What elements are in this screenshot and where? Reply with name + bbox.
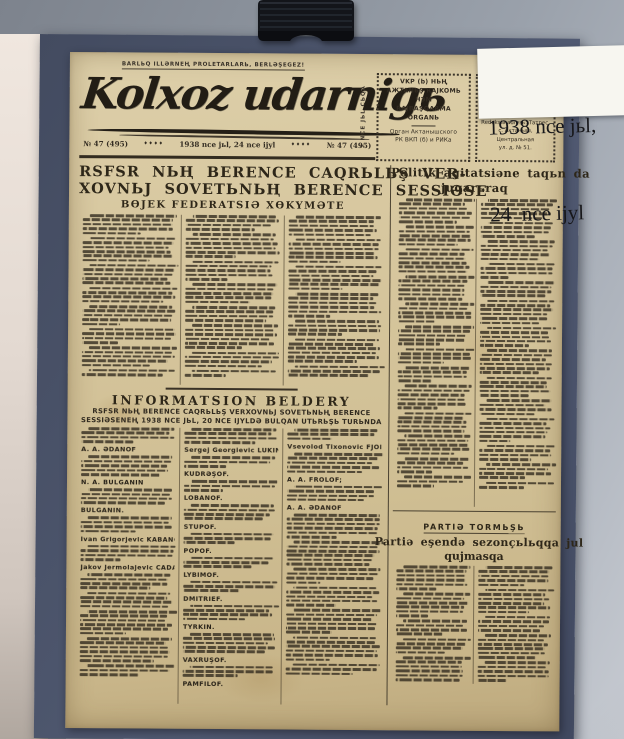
text-line: [485, 661, 550, 664]
text-line: [82, 351, 172, 354]
text-paragraph: [80, 664, 174, 676]
text-paragraph: [288, 265, 382, 290]
text-line: [185, 319, 266, 322]
text-line: [186, 242, 278, 245]
text-paragraph: [82, 264, 176, 285]
text-line: [289, 247, 379, 250]
text-line: [183, 674, 238, 677]
text-line: [80, 623, 172, 626]
text-line: [479, 449, 550, 452]
text-line: [403, 592, 470, 595]
bold-name-line: TYRKIN.: [183, 623, 277, 632]
text-line: [478, 611, 530, 614]
text-line: [191, 533, 274, 536]
bold-name-line: VAXRUŞOF.: [183, 655, 277, 664]
text-paragraph: [83, 237, 177, 262]
text-line: [406, 248, 474, 251]
text-line: [478, 656, 536, 659]
text-line: [396, 606, 464, 609]
text-paragraph: [81, 488, 175, 504]
text-paragraph: [82, 346, 176, 367]
text-line: [88, 545, 176, 548]
text-line: [295, 365, 385, 368]
text-line: [184, 513, 270, 516]
text-line: [183, 637, 275, 640]
text-paragraph: [287, 429, 381, 441]
text-line: [288, 301, 377, 304]
text-line: [185, 337, 270, 340]
bold-name-line: LYBIMOF.: [183, 570, 277, 579]
text-line: [80, 646, 168, 649]
text-line: [191, 504, 274, 507]
text-line: [293, 609, 381, 612]
text-line: [397, 425, 466, 428]
text-line: [192, 306, 275, 309]
text-line: [80, 619, 165, 622]
text-line: [82, 323, 120, 326]
text-line: [397, 416, 463, 419]
text-line: [82, 355, 175, 358]
text-line: [293, 586, 376, 589]
text-line: [87, 637, 172, 640]
text-line: [398, 402, 466, 405]
text-line: [405, 325, 474, 328]
text-line: [90, 237, 176, 240]
text-line: [80, 614, 167, 617]
left-section: RSFSR NЬҢ BERENCE CAQRЬLЬŞ VER- XOVNЬJ S…: [75, 163, 387, 705]
text-line: [287, 498, 364, 501]
text-line: [82, 282, 170, 285]
issue-number-left: № 47 (495): [83, 139, 128, 148]
text-line: [399, 261, 467, 264]
text-paragraph: [478, 634, 551, 659]
text-line: [184, 432, 271, 435]
text-line: [286, 631, 332, 634]
text-line: [193, 260, 279, 263]
page-body: RSFSR NЬҢ BERENCE CAQRЬLЬŞ VER- XOVNЬJ S…: [75, 163, 555, 706]
text-line: [186, 246, 276, 249]
text-line: [286, 613, 377, 616]
text-column: A. A. ӘDANOFN. A. BULGANINBULGANIN.Ivan …: [75, 427, 179, 704]
text-line: [485, 616, 550, 619]
text-line: [396, 633, 443, 636]
text-line: [396, 624, 463, 627]
text-line: [185, 296, 271, 299]
text-line: [479, 472, 551, 475]
text-line: [186, 228, 255, 231]
text-line: [396, 601, 468, 604]
text-line: [286, 627, 375, 630]
text-paragraph: [399, 198, 472, 223]
text-line: [398, 320, 435, 323]
text-line: [397, 448, 469, 451]
text-line: [487, 399, 552, 402]
text-line: [185, 333, 277, 336]
text-paragraph: [289, 216, 383, 237]
text-line: [287, 494, 374, 497]
text-line: [480, 363, 552, 366]
text-line: [397, 429, 464, 432]
text-line: [288, 370, 380, 373]
text-line: [478, 606, 550, 609]
text-paragraph: [479, 481, 552, 488]
text-paragraph: [287, 485, 381, 501]
bold-name-line: A. A. ӘDANOF: [81, 445, 175, 454]
text-line: [478, 643, 548, 646]
text-line: [398, 393, 465, 396]
text-line: [398, 352, 470, 355]
text-line: [288, 287, 342, 290]
text-line: [80, 596, 167, 599]
text-line: [80, 655, 168, 658]
text-line: [288, 274, 373, 277]
text-line: [396, 574, 465, 577]
text-paragraph: [83, 214, 177, 235]
text-line: [287, 470, 362, 473]
star-separator-icon: ♦♦♦♦: [144, 142, 164, 147]
text-line: [288, 306, 374, 309]
text-line: [184, 441, 255, 444]
text-paragraph: [184, 504, 278, 520]
text-line: [81, 473, 160, 476]
text-line: [396, 647, 463, 650]
text-line: [480, 381, 548, 384]
text-line: [398, 280, 467, 283]
text-line: [81, 460, 171, 463]
text-line: [288, 351, 376, 354]
bold-name-line: POPOF.: [183, 546, 277, 555]
text-line: [479, 431, 547, 434]
text-paragraph: [286, 663, 380, 675]
lead-headline-line1: RSFSR NЬҢ BERENCE CAQRЬLЬŞ VER-: [79, 163, 387, 182]
text-line: [183, 565, 251, 568]
text-line: [183, 650, 265, 653]
text-line: [478, 674, 549, 677]
text-line: [185, 287, 273, 290]
text-line: [82, 341, 118, 344]
text-line: [396, 665, 462, 668]
text-line: [293, 568, 380, 571]
text-line: [192, 351, 279, 354]
bold-name-line: Sergej Georgievic LUKIN.: [184, 446, 278, 455]
text-line: [82, 332, 176, 335]
text-line: [83, 259, 150, 262]
text-line: [81, 521, 169, 524]
text-line: [80, 642, 166, 645]
text-line: [406, 198, 475, 201]
text-line: [183, 613, 272, 616]
issue-number-right: № 47 (495): [327, 141, 372, 150]
text-line: [398, 307, 467, 310]
text-line: [287, 437, 332, 440]
text-line: [190, 604, 279, 607]
text-line: [480, 358, 546, 361]
text-line: [82, 296, 175, 299]
text-line: [80, 558, 120, 561]
text-line: [286, 618, 372, 621]
text-line: [478, 652, 545, 655]
text-line: [478, 666, 546, 669]
text-line: [80, 659, 154, 662]
text-paragraph: [185, 283, 279, 304]
text-paragraph: [183, 580, 277, 592]
text-line: [88, 517, 172, 520]
text-line: [286, 591, 379, 594]
text-paragraph: [80, 637, 174, 662]
text-line: [286, 558, 372, 561]
text-line: [191, 428, 276, 431]
text-line: [186, 219, 279, 222]
text-paragraph: [287, 514, 381, 539]
text-line: [396, 587, 436, 590]
text-line: [82, 277, 167, 280]
text-paragraph: [478, 566, 551, 587]
text-line: [288, 324, 381, 327]
text-line: [478, 575, 548, 578]
text-column: [180, 215, 284, 386]
photo-of-newspaper: BARLЬQ ILLӘRNEҢ PROLETARLARЬ, BERLӘŞEGEZ…: [0, 0, 624, 739]
date-label-card: 1938 nce jьl, 24 nce ijyl: [477, 45, 624, 119]
text-line: [294, 429, 377, 432]
text-line: [186, 251, 280, 254]
text-line: [190, 633, 274, 636]
text-line: [399, 203, 465, 206]
text-line: [80, 650, 170, 653]
text-paragraph: [289, 238, 383, 263]
text-line: [193, 215, 276, 218]
text-line: [82, 373, 163, 376]
text-line: [478, 629, 540, 632]
text-line: [478, 647, 546, 650]
text-paragraph: [399, 225, 472, 246]
text-line: [396, 628, 467, 631]
text-paragraph: [80, 545, 174, 561]
text-paragraph: [288, 293, 382, 318]
text-line: [398, 375, 467, 378]
text-line: [478, 597, 549, 600]
text-line: [479, 422, 546, 425]
text-paragraph: [396, 592, 469, 617]
text-line: [480, 385, 547, 388]
text-column: [283, 215, 387, 386]
text-line: [183, 585, 275, 588]
text-line: [398, 361, 444, 364]
bold-name-line: A. A. FROLOF;: [287, 475, 381, 484]
text-line: [185, 374, 226, 377]
text-line: [80, 582, 167, 585]
text-line: [184, 517, 263, 520]
star-separator-icon: ♦♦♦♦: [291, 143, 311, 148]
text-line: [81, 530, 136, 533]
text-paragraph: [479, 399, 552, 415]
text-line: [184, 461, 270, 464]
text-paragraph: [82, 287, 176, 303]
text-line: [480, 317, 547, 320]
party-headline-line2: qujmasqa: [392, 549, 555, 563]
bold-name-line: Vsevolod Tixonovic FJODOROF.: [287, 442, 381, 451]
text-line: [80, 669, 170, 672]
text-line: [478, 670, 549, 673]
text-line: [87, 610, 177, 613]
text-line: [82, 291, 172, 294]
text-line: [398, 311, 471, 314]
text-line: [480, 404, 546, 407]
text-line: [87, 573, 170, 576]
text-line: [480, 394, 529, 397]
text-line: [287, 545, 378, 548]
text-line: [295, 338, 379, 341]
text-line: [87, 664, 175, 667]
text-line: [287, 522, 380, 525]
text-line: [83, 241, 174, 244]
text-line: [288, 333, 342, 336]
text-paragraph: [398, 366, 471, 382]
text-line: [288, 297, 373, 300]
text-line: [289, 220, 374, 223]
text-line: [480, 408, 552, 411]
text-line: [479, 476, 525, 479]
text-line: [396, 610, 463, 613]
text-line: [478, 620, 549, 623]
text-line: [396, 674, 463, 677]
bold-name-line: DMITRIEF.: [183, 594, 277, 603]
text-line: [480, 321, 539, 324]
text-line: [480, 367, 550, 370]
text-paragraph: [396, 638, 469, 654]
text-line: [183, 618, 245, 621]
text-line: [190, 666, 273, 669]
text-paragraph: [82, 305, 176, 326]
text-line: [289, 251, 375, 254]
text-line: [398, 266, 469, 269]
text-line: [479, 454, 551, 457]
text-line: [404, 476, 471, 479]
bold-name-line: Jakov Jermolajevic CADAJEF.: [80, 563, 174, 572]
text-line: [81, 493, 170, 496]
text-paragraph: [184, 480, 278, 492]
text-line: [81, 497, 172, 500]
text-paragraph: [184, 456, 278, 468]
text-line: [184, 508, 275, 511]
text-line: [287, 550, 380, 553]
text-line: [80, 600, 172, 603]
text-paragraph: [81, 427, 175, 443]
text-line: [480, 390, 551, 393]
text-line: [80, 605, 168, 608]
text-line: [398, 338, 465, 341]
text-line: [478, 639, 544, 642]
text-line: [399, 211, 472, 214]
text-line: [398, 293, 464, 296]
text-line: [286, 581, 320, 584]
text-line: [286, 649, 377, 652]
label-year-line: 1938 nce jьl,: [488, 110, 624, 142]
text-line: [398, 343, 440, 346]
text-paragraph: [286, 586, 380, 607]
text-line: [185, 265, 271, 268]
text-line: [398, 270, 467, 273]
text-line: [83, 232, 141, 235]
text-line: [192, 324, 278, 327]
text-line: [487, 349, 552, 352]
text-line: [480, 331, 548, 334]
text-line: [397, 443, 468, 446]
text-paragraph: [183, 604, 277, 620]
text-column: [473, 566, 556, 685]
text-line: [183, 561, 268, 564]
text-line: [288, 342, 374, 345]
text-line: [398, 289, 464, 292]
text-line: [295, 293, 378, 296]
text-line: [294, 485, 382, 488]
text-line: [396, 642, 466, 645]
text-line: [404, 412, 471, 415]
text-line: [396, 578, 465, 581]
text-line: [190, 556, 273, 559]
text-line: [185, 360, 272, 363]
text-paragraph: [286, 541, 380, 566]
text-line: [289, 224, 374, 227]
text-line: [399, 234, 471, 237]
text-line: [286, 654, 378, 657]
text-line: [83, 227, 173, 230]
text-line: [184, 541, 235, 544]
text-paragraph: [398, 385, 471, 410]
text-line: [479, 486, 524, 489]
binder-clip-icon: [258, 0, 354, 46]
text-paragraph: [397, 476, 470, 488]
text-line: [293, 663, 380, 666]
text-line: [289, 260, 341, 263]
text-line: [405, 275, 474, 278]
text-line: [288, 279, 381, 282]
text-line: [82, 268, 174, 271]
text-line: [288, 356, 379, 359]
text-line: [404, 435, 470, 438]
text-line: [396, 669, 463, 672]
masthead-thick-rule: [79, 155, 375, 160]
text-line: [184, 537, 271, 540]
text-line: [82, 314, 172, 317]
text-line: [186, 238, 274, 241]
text-line: [288, 283, 379, 286]
text-paragraph: [396, 565, 469, 590]
text-line: [185, 342, 275, 345]
text-line: [398, 407, 438, 410]
text-line: [89, 328, 175, 331]
text-line: [480, 304, 550, 307]
text-line: [185, 269, 270, 272]
text-line: [480, 371, 539, 374]
organ-box-divider: [411, 125, 435, 126]
text-line: [478, 583, 524, 586]
text-line: [294, 514, 380, 517]
text-line: [287, 531, 378, 534]
text-line: [478, 625, 544, 628]
text-line: [397, 466, 468, 469]
text-line: [486, 418, 554, 421]
text-line: [287, 466, 380, 469]
organ-box-line: AҖTANЬŞ RAJKOMЬ: [380, 87, 468, 97]
text-line: [286, 668, 377, 671]
text-line: [478, 593, 545, 596]
text-line: [397, 484, 434, 487]
text-line: [185, 301, 250, 304]
bold-name-line: N. A. BULGANIN: [81, 478, 175, 487]
text-line: [288, 347, 380, 350]
text-line: [397, 421, 466, 424]
text-line: [287, 457, 378, 460]
